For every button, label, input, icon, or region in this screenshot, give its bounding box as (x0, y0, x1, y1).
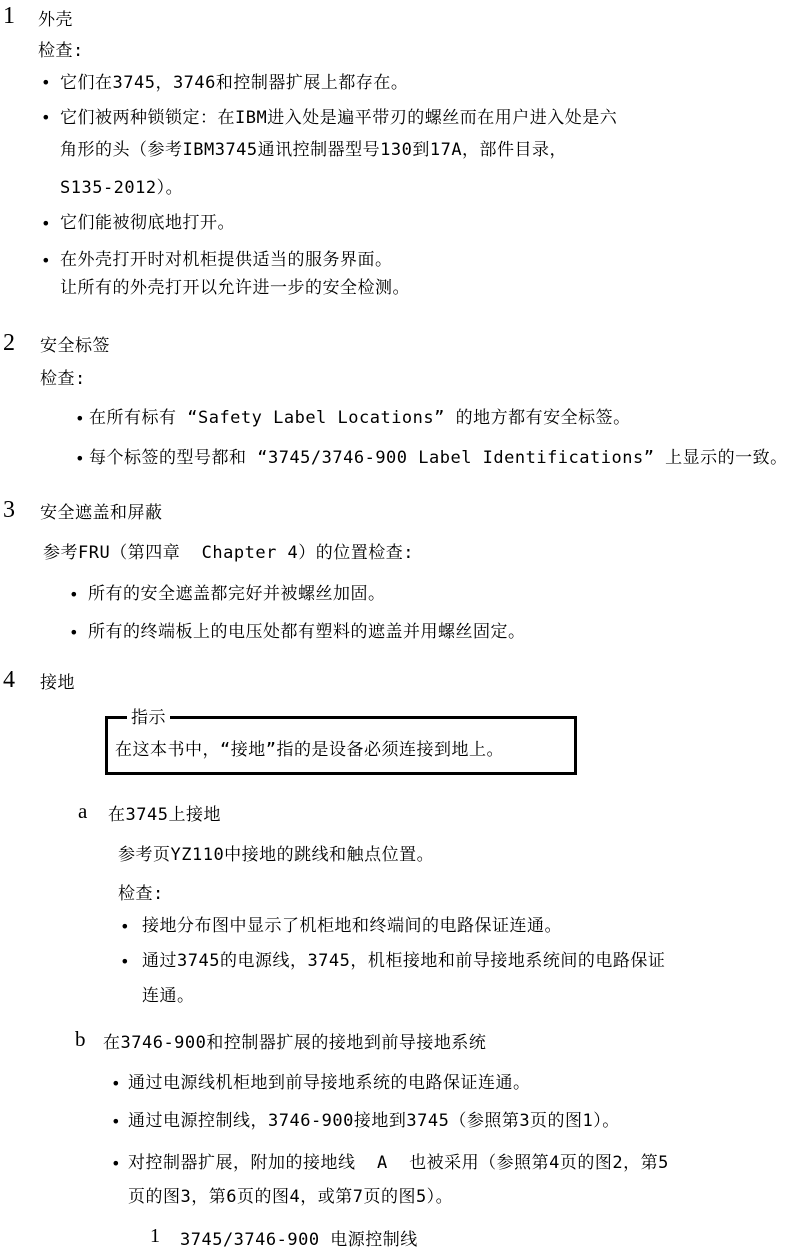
bullet-dot (69, 583, 79, 607)
bullet-line: 在外壳打开时对机柜提供适当的服务界面。 (60, 248, 393, 272)
subsection-title: 在3746-900和控制器扩展的接地到前导接地系统 (103, 1031, 486, 1055)
bullet-line: 在所有标有 “Safety Label Locations” 的地方都有安全标签… (89, 406, 631, 430)
section-intro: 参考FRU（第四章 Chapter 4）的位置检查: (43, 541, 414, 565)
bullet-dot (41, 106, 51, 130)
document-page: 1 外壳 检查: 它们在3745，3746和控制器扩展上都存在。 它们被两种锁锁… (0, 0, 788, 1253)
bullet-line: 通过电源控制线，3746-900接地到3745（参照第3页的图1）。 (128, 1109, 620, 1133)
bullet-line: 让所有的外壳打开以允许进一步的安全检测。 (60, 276, 410, 300)
section-title: 安全遮盖和屏蔽 (40, 501, 163, 525)
bullet-line: 它们被两种锁锁定：在IBM进入处是遍平带刃的螺丝而在用户进入处是六 (60, 106, 617, 130)
bullet-line: 它们能被彻底地打开。 (60, 211, 235, 235)
section-number: 4 (3, 667, 15, 693)
section-title: 外壳 (38, 8, 73, 32)
bullet-line: 它们在3745，3746和控制器扩展上都存在。 (60, 71, 408, 95)
bullet-dot (111, 1152, 121, 1176)
bullet-dot (120, 950, 130, 974)
subsection-label: a (78, 799, 87, 823)
bullet-line: 角形的头（参考IBM3745通讯控制器型号130到17A，部件目录， (60, 138, 567, 162)
note-box-text: 在这本书中，“接地”指的是设备必须连接到地上。 (115, 738, 504, 762)
section-number: 3 (3, 497, 15, 523)
bullet-dot (111, 1072, 121, 1096)
legend-label: 3745/3746-900 电源控制线 (180, 1228, 418, 1252)
note-box-title: 指示 (127, 706, 170, 730)
paragraph: 参考页YZ110中接地的跳线和触点位置。 (118, 843, 434, 867)
section-number: 1 (3, 3, 15, 29)
section-number: 2 (3, 330, 15, 356)
bullet-line: 连通。 (142, 984, 195, 1008)
bullet-line: 所有的终端板上的电压处都有塑料的遮盖并用螺丝固定。 (88, 620, 526, 644)
check-label: 检查: (40, 367, 86, 391)
bullet-dot (120, 915, 130, 939)
note-box: 指示 在这本书中，“接地”指的是设备必须连接到地上。 (105, 716, 577, 775)
section-title: 安全标签 (40, 334, 110, 358)
bullet-line: 通过3745的电源线，3745，机柜接地和前导接地系统间的电路保证 (142, 949, 665, 973)
bullet-line: 每个标签的型号都和 “3745/3746-900 Label Identific… (89, 446, 788, 470)
legend-number: 1 (150, 1224, 160, 1248)
bullet-line: 所有的安全遮盖都完好并被螺丝加固。 (88, 582, 386, 606)
bullet-dot (41, 71, 51, 95)
bullet-dot (75, 447, 85, 471)
bullet-dot (75, 407, 85, 431)
bullet-dot (41, 249, 51, 273)
bullet-line: 页的图3，第6页的图4，或第7页的图5）。 (128, 1185, 453, 1209)
subsection-label: b (75, 1027, 86, 1051)
bullet-dot (41, 212, 51, 236)
bullet-line: 接地分布图中显示了机柜地和终端间的电路保证连通。 (142, 914, 562, 938)
section-title: 接地 (40, 671, 75, 695)
check-label: 检查: (118, 882, 164, 906)
bullet-dot (69, 621, 79, 645)
check-label: 检查: (38, 39, 84, 63)
bullet-line: S135-2012）。 (60, 176, 183, 200)
subsection-title: 在3745上接地 (108, 803, 221, 827)
bullet-line: 通过电源线机柜地到前导接地系统的电路保证连通。 (128, 1071, 531, 1095)
bullet-line: 对控制器扩展，附加的接地线 A 也被采用（参照第4页的图2，第5 (128, 1151, 669, 1175)
bullet-dot (111, 1110, 121, 1134)
